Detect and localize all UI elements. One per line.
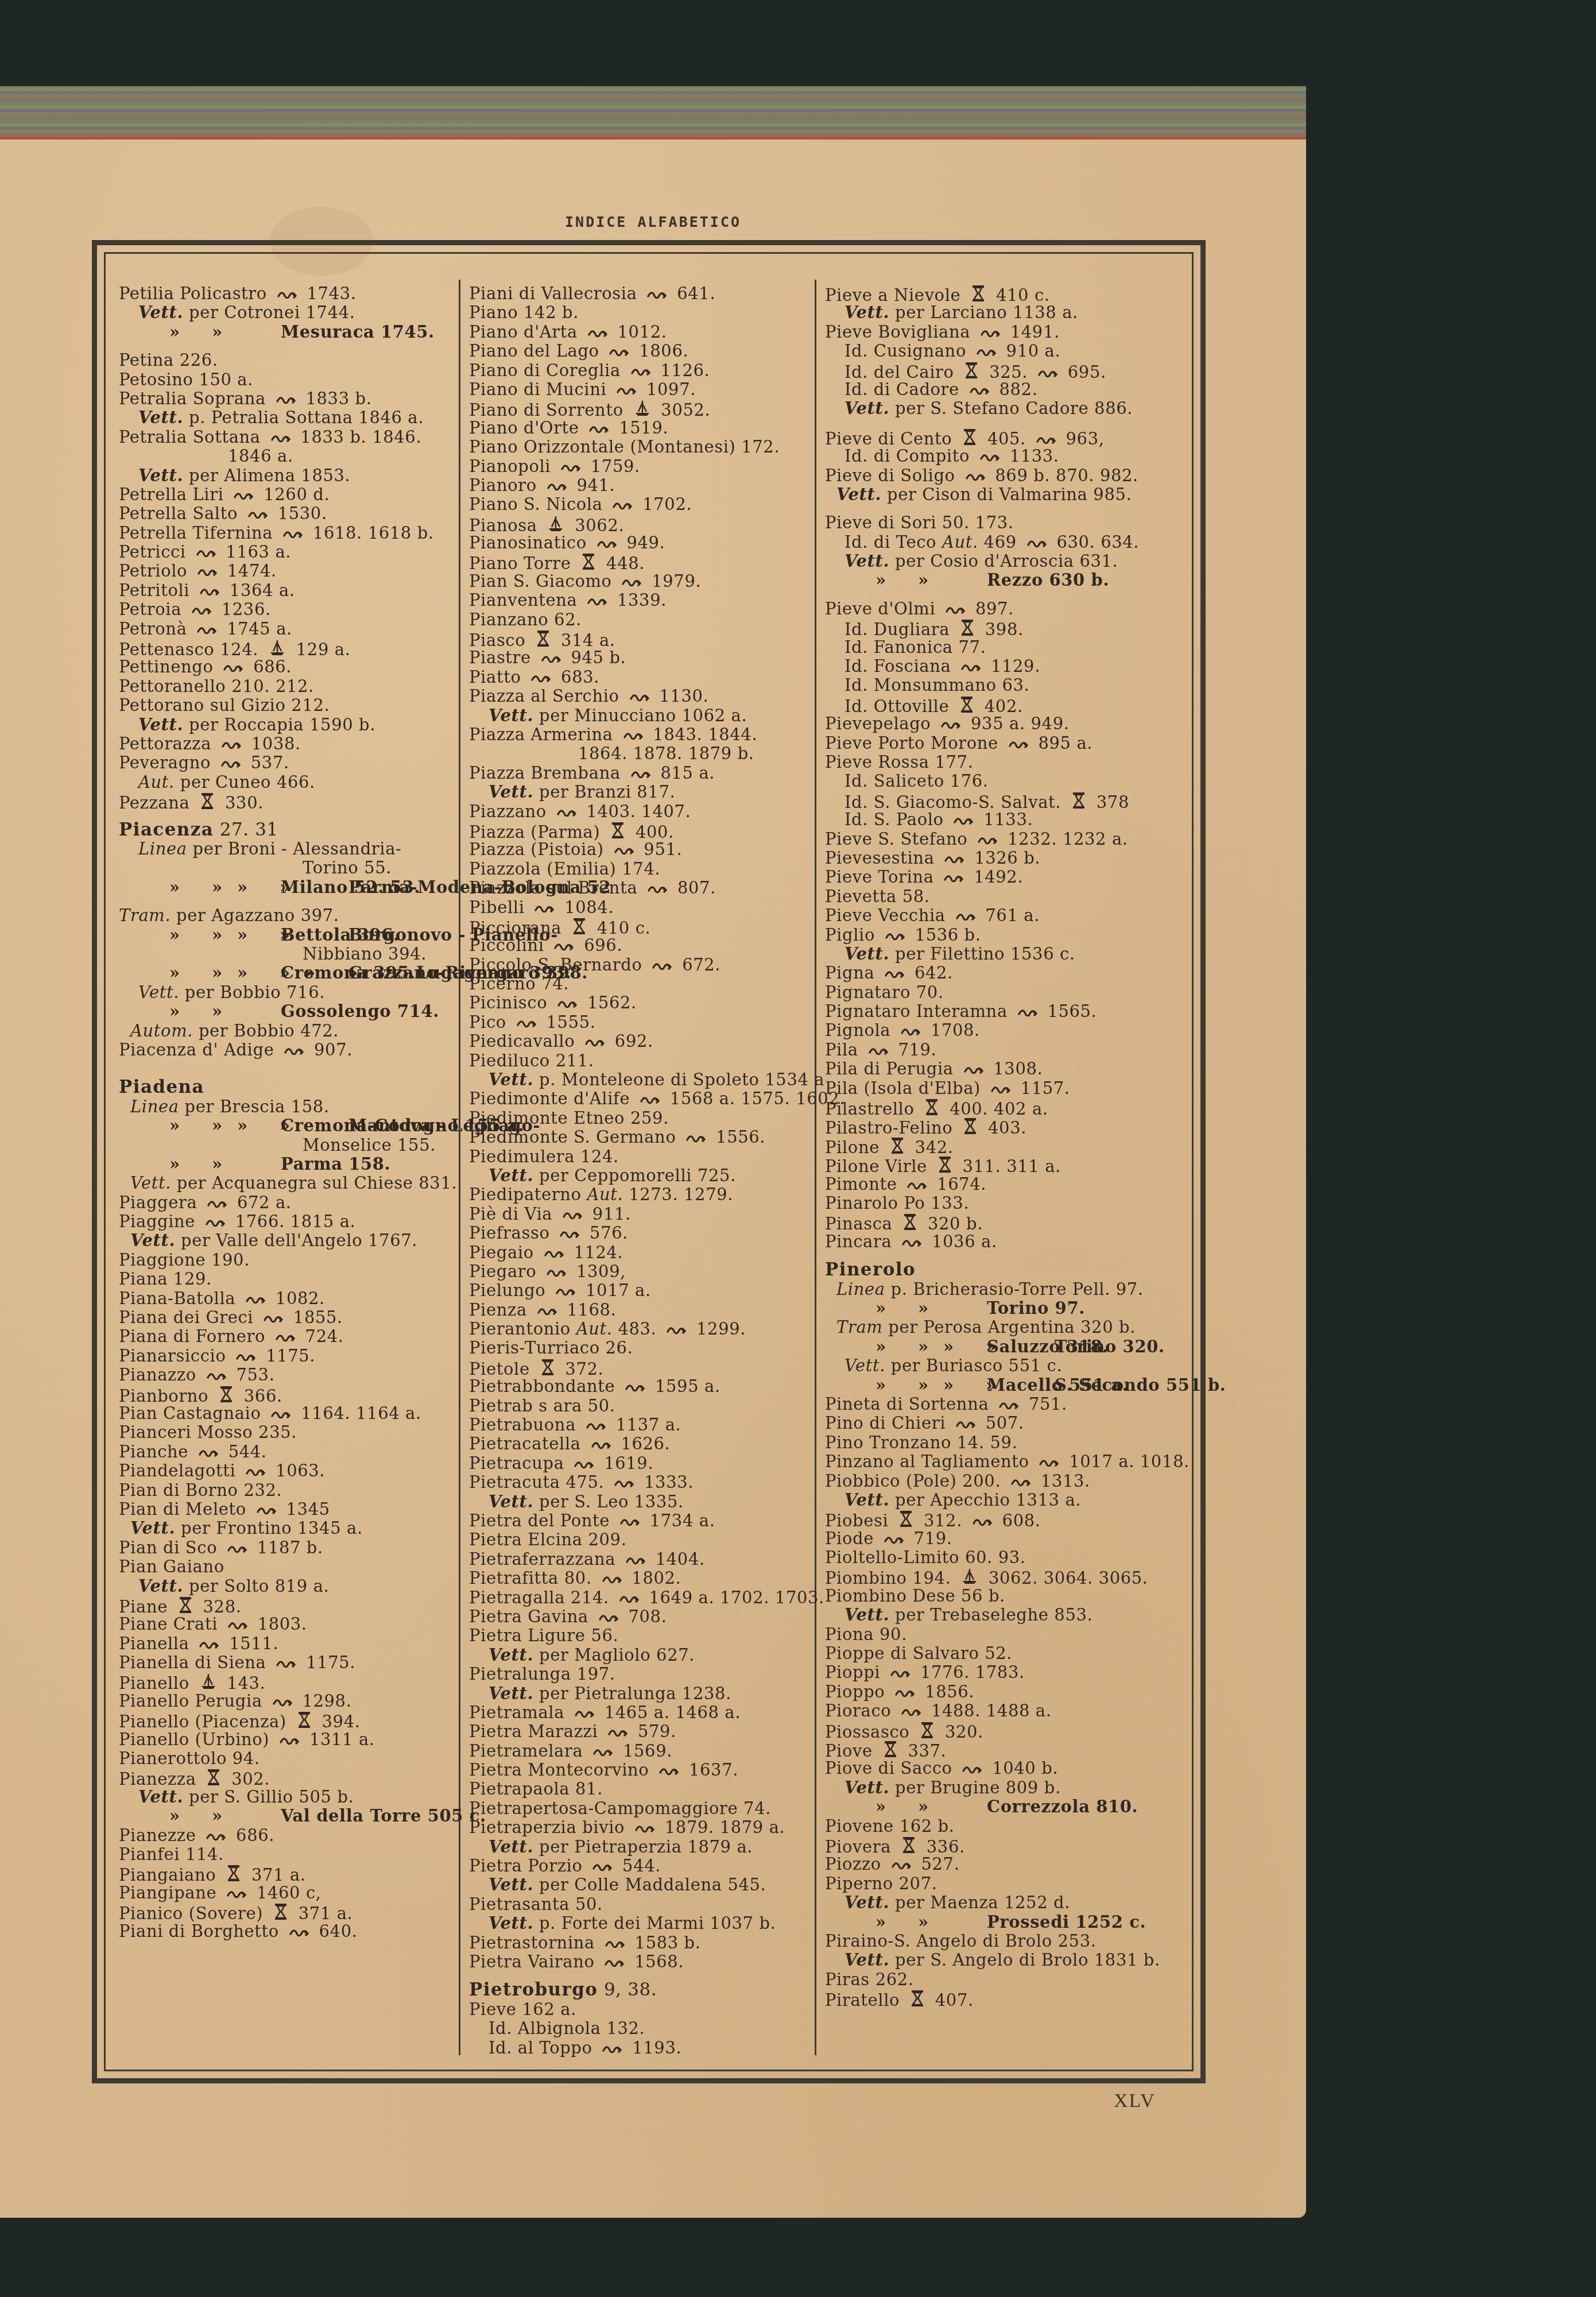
- page-references: 27. 31: [214, 819, 278, 840]
- entry-text: Pinarolo Po 133.: [825, 1193, 969, 1213]
- entry-text: Pievetta 58.: [825, 887, 930, 906]
- entry-text: Pietra Gavina: [469, 1607, 594, 1626]
- entry-text: 1759.: [585, 457, 640, 476]
- entry-text: 1565.: [1042, 1001, 1097, 1021]
- auto-service-icon: [667, 1321, 686, 1340]
- index-entry: Piasco 314 a.: [469, 629, 845, 648]
- entry-text: 3062. 3064. 3065.: [983, 1568, 1148, 1588]
- service-label: Tram: [836, 1317, 882, 1337]
- entry-text: 312.: [918, 1511, 968, 1530]
- auto-service-icon: [605, 1954, 624, 1973]
- service-label: Vett.: [489, 1645, 533, 1665]
- entry-text: Id. di Compito: [845, 446, 975, 466]
- index-entry: Piras 262.: [825, 1970, 1190, 1989]
- entry-text: 337.: [902, 1741, 947, 1761]
- index-entry: Petritoli 1364 a.: [119, 581, 457, 600]
- entry-text: 1168.: [561, 1300, 617, 1320]
- index-entry: Vett. per Solto 819 a.: [119, 1577, 457, 1596]
- entry-text: per Cison di Valmarina 985.: [881, 485, 1132, 504]
- index-entry: Pietra Marazzi 579.: [469, 1722, 845, 1741]
- index-entry: Pianosa 3062.: [469, 515, 845, 533]
- entry-text: Pietra del Ponte: [469, 1511, 615, 1530]
- service-label: Linea: [836, 1279, 885, 1299]
- auto-service-icon: [602, 2040, 622, 2059]
- index-entry: Autom. per Bobbio 472.: [119, 1022, 457, 1041]
- entry-text: Piedimonte d'Alife: [469, 1089, 636, 1108]
- index-entry: Petriolo 1474.: [119, 562, 457, 581]
- ditto-marks: »: [212, 926, 280, 945]
- auto-service-icon: [560, 1225, 579, 1244]
- index-entry: Pieve d'Olmi 897.: [825, 600, 1190, 618]
- entry-text: Piatto: [469, 667, 526, 687]
- index-entry: Linea p. Bricherasio-Torre Pell. 97.: [825, 1280, 1190, 1299]
- entry-text: Pino di Chieri: [825, 1413, 951, 1433]
- entry-text: 807.: [672, 878, 716, 898]
- entry-text: 945 b.: [565, 648, 626, 667]
- index-entry: Peveragno 537.: [119, 753, 457, 772]
- auto-service-icon: [206, 1214, 225, 1233]
- entry-text: 672 a.: [231, 1193, 292, 1212]
- auto-service-icon: [941, 716, 960, 735]
- entry-text: Pinzano al Tagliamento: [825, 1452, 1035, 1471]
- index-entry: Id. Cusignano 910 a.: [825, 342, 1190, 361]
- index-entry: 1846 a.: [119, 447, 457, 466]
- entry-text: Piobbico (Pole) 200.: [825, 1471, 1006, 1491]
- index-entry: Pieve di Cento 405. 963,: [825, 428, 1190, 447]
- index-entry: Pioltello-Limito 60. 93.: [825, 1548, 1190, 1567]
- index-entry: »»Bettola 396.: [119, 926, 187, 945]
- index-entry: Piano 142 b.: [469, 303, 845, 322]
- index-entry: Pinasca 320 b.: [825, 1213, 1190, 1232]
- index-entry: Pietramala 1465 a. 1468 a.: [469, 1703, 845, 1722]
- entry-text: 1530.: [272, 504, 327, 523]
- index-entry: Vett. per Ceppomorelli 725.: [469, 1166, 845, 1185]
- service-label: Vett.: [489, 1913, 533, 1933]
- entry-text: 1175.: [300, 1653, 355, 1672]
- entry-text: Piobesi: [825, 1511, 894, 1530]
- auto-service-icon: [197, 563, 217, 582]
- index-column-1: Petilia Policastro 1743.Vett. per Cotron…: [119, 284, 457, 1941]
- entry-text: per Bobbio 472.: [193, 1021, 339, 1041]
- index-entry: Vett. per Apecchio 1313 a.: [825, 1491, 1190, 1510]
- entry-text: 907.: [308, 1040, 352, 1059]
- index-entry: Id. di Compito 1133.: [825, 447, 1190, 466]
- index-entry: Piraino-S. Angelo di Brolo 253.: [825, 1932, 1190, 1951]
- entry-text: 910 a.: [1001, 341, 1061, 361]
- page-number: XLV: [1114, 2090, 1156, 2112]
- auto-service-icon: [574, 1456, 594, 1475]
- index-entry: Tram. per Agazzano 397.: [119, 906, 457, 925]
- index-heading: Piadena: [119, 1078, 457, 1097]
- spacer: [119, 342, 457, 351]
- ditto-marks: »: [986, 1376, 1055, 1395]
- service-label: Tram.: [119, 906, 171, 925]
- entry-text: Id. S. Paolo: [845, 810, 949, 829]
- auto-service-icon: [223, 659, 243, 678]
- auto-service-icon: [280, 1732, 299, 1751]
- entry-text: 1864. 1878. 1879 b.: [578, 744, 754, 763]
- entry-text: Picinisco: [469, 993, 553, 1012]
- index-entry: Pibelli 1084.: [469, 898, 845, 917]
- entry-text: per Minucciano 1062 a.: [533, 706, 747, 725]
- entry-text: Piaggine: [119, 1212, 201, 1231]
- entry-text: p. Forte dei Marmi 1037 b.: [533, 1913, 776, 1933]
- entry-text: Piedipaterno: [469, 1185, 587, 1204]
- entry-text: 1164. 1164 a.: [295, 1403, 421, 1423]
- index-entry: Petrella Salto 1530.: [119, 504, 457, 523]
- ditto-marks: »: [212, 323, 281, 342]
- index-entry: Pianello Perugia 1298.: [119, 1692, 457, 1711]
- entry-text: 507.: [980, 1413, 1024, 1433]
- auto-service-icon: [246, 1463, 265, 1482]
- auto-service-icon: [557, 995, 577, 1014]
- index-entry: Piediluco 211.: [469, 1051, 845, 1070]
- entry-text: Pianella di Siena: [119, 1653, 272, 1672]
- service-label: Vett.: [845, 1950, 889, 1970]
- index-entry: Picerno 74.: [469, 975, 845, 993]
- index-entry: »»S. Secondo 551 b.: [893, 1376, 960, 1395]
- auto-service-icon: [200, 583, 219, 602]
- index-entry: »»Torino 320.: [893, 1337, 960, 1356]
- entry-text: Pietole: [469, 1359, 536, 1379]
- index-entry: Petralia Soprana 1833 b.: [119, 389, 457, 408]
- index-entry: Vett. per Cison di Valmarina 985.: [825, 485, 1190, 504]
- auto-service-icon: [276, 1329, 295, 1348]
- entry-text: Piedicavallo: [469, 1031, 580, 1051]
- entry-text: Pioraco: [825, 1701, 897, 1720]
- index-entry: Pianopoli 1759.: [469, 457, 845, 476]
- entry-text: Piazza (Parma): [469, 822, 606, 842]
- entry-text: Pibelli: [469, 898, 530, 917]
- index-entry: Piove 337.: [825, 1740, 1190, 1759]
- auto-service-icon: [961, 659, 981, 678]
- auto-service-icon: [907, 1177, 927, 1196]
- index-entry: Pianezze 686.: [119, 1826, 457, 1845]
- entry-text: Piana 129.: [119, 1269, 212, 1289]
- service-label: Autom.: [130, 1021, 193, 1041]
- index-entry: Piazzola sul Brenta 807.: [469, 879, 845, 898]
- index-entry: Vett. per Minucciano 1062 a.: [469, 706, 845, 725]
- auto-service-icon: [277, 286, 297, 305]
- auto-service-icon: [640, 1091, 660, 1110]
- entry-text: 1193.: [626, 2038, 681, 2058]
- index-entry: Piazzano 1403. 1407.: [469, 802, 845, 821]
- auto-service-icon: [617, 382, 636, 401]
- entry-text: 544.: [223, 1442, 267, 1461]
- ditto-marks: »: [144, 1807, 212, 1826]
- entry-text: 1568.: [629, 1952, 684, 1971]
- index-entry: Pianello 143.: [119, 1672, 457, 1691]
- entry-text: 1082.: [270, 1289, 325, 1308]
- entry-text: Pianfei 114.: [119, 1844, 224, 1864]
- entry-text: per Frontino 1345 a.: [175, 1518, 363, 1538]
- index-entry: Pietralunga 197.: [469, 1665, 845, 1684]
- auto-service-icon: [597, 535, 617, 554]
- entry-text: 630. 634.: [1051, 532, 1140, 552]
- auto-service-icon: [199, 1636, 219, 1655]
- entry-text: Piano di Sorrento: [469, 400, 629, 420]
- auto-service-icon: [257, 1502, 276, 1521]
- entry-text: Piozzo: [825, 1854, 887, 1874]
- ditto-marks: »: [280, 926, 348, 945]
- entry-text: 1187 b.: [251, 1538, 323, 1557]
- entry-text: Pianzano 62.: [469, 610, 582, 629]
- column-divider: [459, 280, 460, 2055]
- entry-text: Pieve Vecchia: [825, 906, 951, 925]
- entry-text: 708.: [623, 1607, 667, 1626]
- entry-text: Piccolini: [469, 935, 549, 955]
- entry-text: Petritoli: [119, 581, 195, 600]
- index-entry: Piane Crati 1803.: [119, 1615, 457, 1634]
- auto-service-icon: [609, 343, 629, 362]
- entry-text: 527.: [916, 1854, 960, 1874]
- entry-text: Piano S. Nicola: [469, 494, 608, 514]
- service-label: Vett.: [836, 485, 881, 504]
- index-entry: Piovera 336.: [825, 1836, 1190, 1855]
- auto-service-icon: [647, 286, 667, 305]
- index-entry: »»Torino 97.: [825, 1299, 893, 1318]
- entry-text: Rezzo 630 b.: [987, 570, 1109, 590]
- entry-text: per Apecchio 1313 a.: [889, 1490, 1081, 1510]
- auto-service-icon: [956, 1416, 975, 1434]
- entry-text: Pietra Montecorvino: [469, 1760, 654, 1780]
- index-entry: Vett. per Alimena 1853.: [119, 466, 457, 485]
- entry-text: 963,: [1060, 429, 1105, 448]
- entry-text: 1491.: [1005, 322, 1060, 342]
- entry-text: Id. Saliceto 176.: [845, 771, 989, 791]
- entry-text: Pietralunga 197.: [469, 1664, 615, 1684]
- entry-text: Piangaiano: [119, 1865, 222, 1885]
- auto-service-icon: [619, 1590, 639, 1609]
- auto-service-icon: [207, 1367, 226, 1386]
- entry-text: 1124.: [568, 1243, 623, 1262]
- entry-text: 1556.: [710, 1127, 765, 1147]
- entry-text: 1474.: [222, 561, 277, 581]
- auto-service-icon: [991, 1081, 1010, 1100]
- auto-service-icon: [591, 1436, 611, 1455]
- auto-service-icon: [613, 497, 632, 516]
- service-label: Aut.: [587, 1185, 623, 1204]
- index-entry: Nibbiano 394.: [119, 945, 457, 964]
- entry-text: Piè di Via: [469, 1204, 558, 1224]
- entry-text: Piano Orizzontale (Montanesi) 172.: [469, 437, 780, 457]
- entry-text: 695.: [1062, 362, 1106, 382]
- entry-text: Pieve d'Olmi: [825, 599, 941, 618]
- entry-text: Pilone: [825, 1138, 885, 1157]
- index-entry: »»Milano 52. 53.: [119, 878, 187, 897]
- index-entry: »»Macello 551 a.: [825, 1376, 893, 1395]
- entry-text: 3052.: [656, 400, 711, 420]
- index-entry: Pianello (Piacenza) 394.: [119, 1711, 457, 1730]
- entry-text: 1097.: [641, 380, 696, 399]
- auto-service-icon: [575, 1705, 594, 1724]
- auto-service-icon: [517, 1015, 536, 1034]
- entry-text: 1326 b.: [969, 848, 1040, 868]
- index-entry: Piacenza d' Adige 907.: [119, 1041, 457, 1059]
- entry-text: Pieve di Sori 50. 173.: [825, 513, 1014, 532]
- index-entry: Piedipaterno Aut. 1273. 1279.: [469, 1185, 845, 1204]
- index-entry: Pettenasco 124. 129 a.: [119, 639, 457, 658]
- index-entry: Piano di Coreglia 1126.: [469, 361, 845, 380]
- auto-service-icon: [885, 927, 905, 946]
- entry-text: 398.: [979, 620, 1024, 639]
- auto-service-icon: [557, 804, 576, 823]
- entry-text: Pila: [825, 1040, 864, 1059]
- auto-service-icon: [537, 1302, 557, 1321]
- entry-text: Pianello Perugia: [119, 1691, 268, 1711]
- entry-text: Piane Crati: [119, 1614, 223, 1634]
- index-entry: Pietrabuona 1137 a.: [469, 1416, 845, 1434]
- index-entry: Pettoranello 210. 212.: [119, 677, 457, 696]
- entry-text: Piratello: [825, 1990, 905, 2010]
- index-entry: Piano Orizzontale (Montanesi) 172.: [469, 438, 845, 457]
- entry-text: Torino 55.: [303, 858, 392, 877]
- index-entry: Piefrasso 576.: [469, 1224, 845, 1243]
- index-entry: Piandelagotti 1063.: [119, 1461, 457, 1480]
- auto-service-icon: [954, 812, 973, 831]
- auto-service-icon: [246, 1291, 265, 1310]
- book-page: INDICE ALFABETICO Petilia Policastro 174…: [0, 86, 1306, 2218]
- entry-text: 328.: [197, 1597, 242, 1617]
- entry-text: Pietra Ligure 56.: [469, 1626, 618, 1645]
- index-entry: Pian Gaiano: [119, 1557, 457, 1576]
- auto-service-icon: [1039, 1454, 1059, 1473]
- entry-text: Pietraperzia bivio: [469, 1818, 630, 1837]
- entry-text: 1133.: [1004, 446, 1059, 466]
- entry-text: Torino 320.: [1055, 1337, 1165, 1356]
- index-entry: Piano di Mucini 1097.: [469, 380, 845, 399]
- index-entry: Petilia Policastro 1743.: [119, 284, 457, 303]
- entry-text: Pieve Rossa 177.: [825, 752, 973, 772]
- entry-text: per Bobbio 716.: [179, 983, 325, 1002]
- entry-text: Pietrasanta 50.: [469, 1894, 603, 1914]
- entry-text: per Pietraperzia 1879 a.: [533, 1837, 753, 1857]
- entry-text: Pianazzo: [119, 1365, 202, 1385]
- index-entry: »»Parma-Modena-Bologna 52: [187, 878, 254, 897]
- index-entry: Id. S. Giacomo-S. Salvat. 378: [825, 791, 1190, 810]
- entry-text: Nibbiano 394.: [303, 944, 427, 964]
- entry-text: Piana-Batolla: [119, 1289, 241, 1308]
- index-entry: Vett. per S. Gillio 505 b.: [119, 1788, 457, 1807]
- entry-text: 696.: [578, 935, 622, 955]
- index-entry: Piobbico (Pole) 200. 1313.: [825, 1472, 1190, 1491]
- entry-text: 1465 a. 1468 a.: [599, 1703, 741, 1722]
- service-label: Vett.: [845, 1356, 885, 1375]
- index-entry: Pigna 642.: [825, 964, 1190, 983]
- index-entry: Pietrapaola 81.: [469, 1780, 845, 1799]
- index-entry: Piè di Via 911.: [469, 1205, 845, 1224]
- index-entry: Linea per Brescia 158.: [119, 1097, 457, 1116]
- entry-text: Pieris-Turriaco 26.: [469, 1338, 633, 1358]
- entry-text: 1626.: [615, 1434, 671, 1453]
- entry-text: 719.: [893, 1040, 937, 1059]
- auto-service-icon: [289, 1924, 309, 1943]
- entry-text: 1618. 1618 b.: [307, 523, 434, 543]
- entry-text: Id. Albignola 132.: [489, 2018, 645, 2038]
- index-entry: Vett. per Valle dell'Angelo 1767.: [119, 1231, 457, 1250]
- entry-text: 1806.: [633, 341, 688, 361]
- index-entry: Pietra Ligure 56.: [469, 1626, 845, 1645]
- entry-text: per S. Gillio 505 b.: [183, 1787, 354, 1807]
- entry-text: 951.: [638, 840, 683, 859]
- spacer: [825, 419, 1190, 428]
- entry-text: 1555.: [541, 1012, 596, 1032]
- index-entry: Vett. per Maenza 1252 d.: [825, 1893, 1190, 1912]
- entry-text: 1273. 1279.: [623, 1185, 733, 1204]
- index-entry: Pianerottolo 94.: [119, 1749, 457, 1768]
- auto-service-icon: [970, 382, 989, 401]
- auto-service-icon: [1027, 535, 1047, 554]
- entry-text: Pianosinatico: [469, 533, 592, 552]
- index-entry: Id. al Toppo 1193.: [469, 2039, 845, 2058]
- entry-text: 1568 a. 1575. 1602.: [664, 1089, 845, 1108]
- entry-text: 448.: [601, 554, 645, 573]
- index-entry: Pinzano al Tagliamento 1017 a. 1018.: [825, 1452, 1190, 1471]
- entry-text: Pietra Elcina 209.: [469, 1530, 627, 1549]
- service-label: Vett.: [138, 466, 183, 485]
- index-entry: Piano d'Arta 1012.: [469, 323, 845, 342]
- index-entry: »»Grazzano-Rivergaro 398.: [187, 964, 254, 983]
- index-entry: Petrella Liri 1260 d.: [119, 485, 457, 504]
- index-entry: Pianzano 62.: [469, 610, 845, 629]
- index-entry: Pincara 1036 a.: [825, 1232, 1190, 1251]
- index-entry: Piaggera 672 a.: [119, 1193, 457, 1212]
- index-entry: Pilone Virle 311. 311 a.: [825, 1155, 1190, 1174]
- index-entry: Vett. per Trebaseleghe 853.: [825, 1606, 1190, 1625]
- auto-service-icon: [895, 1684, 915, 1703]
- entry-text: 761 a.: [980, 906, 1040, 925]
- index-entry: Petralia Sottana 1833 b. 1846.: [119, 428, 457, 447]
- index-entry: Piana dei Greci 1855.: [119, 1308, 457, 1327]
- entry-text: Pietracatella: [469, 1434, 587, 1453]
- auto-service-icon: [222, 736, 241, 755]
- index-entry: Piani di Borghetto 640.: [119, 1922, 457, 1941]
- entry-text: Pettenasco 124.: [119, 640, 264, 659]
- entry-text: Piona 90.: [825, 1625, 907, 1644]
- auto-service-icon: [620, 1513, 640, 1532]
- auto-service-icon: [956, 908, 975, 927]
- index-entry: »»Mesuraca 1745.: [119, 323, 187, 342]
- entry-text: 895 a.: [1033, 733, 1093, 753]
- index-entry: Pianventena 1339.: [469, 591, 845, 610]
- entry-text: Piane: [119, 1597, 173, 1617]
- entry-text: Monselice 155.: [303, 1135, 436, 1155]
- entry-text: Pioltello-Limito 60. 93.: [825, 1548, 1026, 1567]
- ditto-marks: »: [212, 1002, 281, 1021]
- auto-service-icon: [659, 1762, 679, 1781]
- entry-text: 3062.: [569, 516, 624, 535]
- entry-text: Pietra Marazzi: [469, 1722, 603, 1741]
- entry-text: 1017 a.: [580, 1281, 651, 1300]
- entry-text: Piangipane: [119, 1883, 222, 1902]
- entry-text: 336.: [921, 1837, 965, 1857]
- index-entry: Pignataro 70.: [825, 983, 1190, 1002]
- index-entry: »»Correzzola 810.: [825, 1797, 893, 1816]
- auto-service-icon: [599, 1609, 618, 1628]
- auto-service-icon: [901, 1703, 921, 1722]
- entry-text: 911.: [587, 1204, 631, 1224]
- ditto-marks: »: [850, 1797, 918, 1816]
- auto-service-icon: [962, 1761, 982, 1780]
- entry-text: Pietroburgo: [469, 1979, 598, 2000]
- index-entry: Id. Fanonica 77.: [825, 638, 1190, 657]
- entry-text: per S. Leo 1335.: [533, 1492, 684, 1511]
- entry-text: 1637.: [683, 1760, 738, 1780]
- service-label: Vett.: [138, 408, 183, 427]
- ditto-marks: »: [850, 1913, 918, 1932]
- entry-text: 1536 b.: [909, 925, 981, 945]
- index-entry: Piazza al Serchio 1130.: [469, 687, 845, 706]
